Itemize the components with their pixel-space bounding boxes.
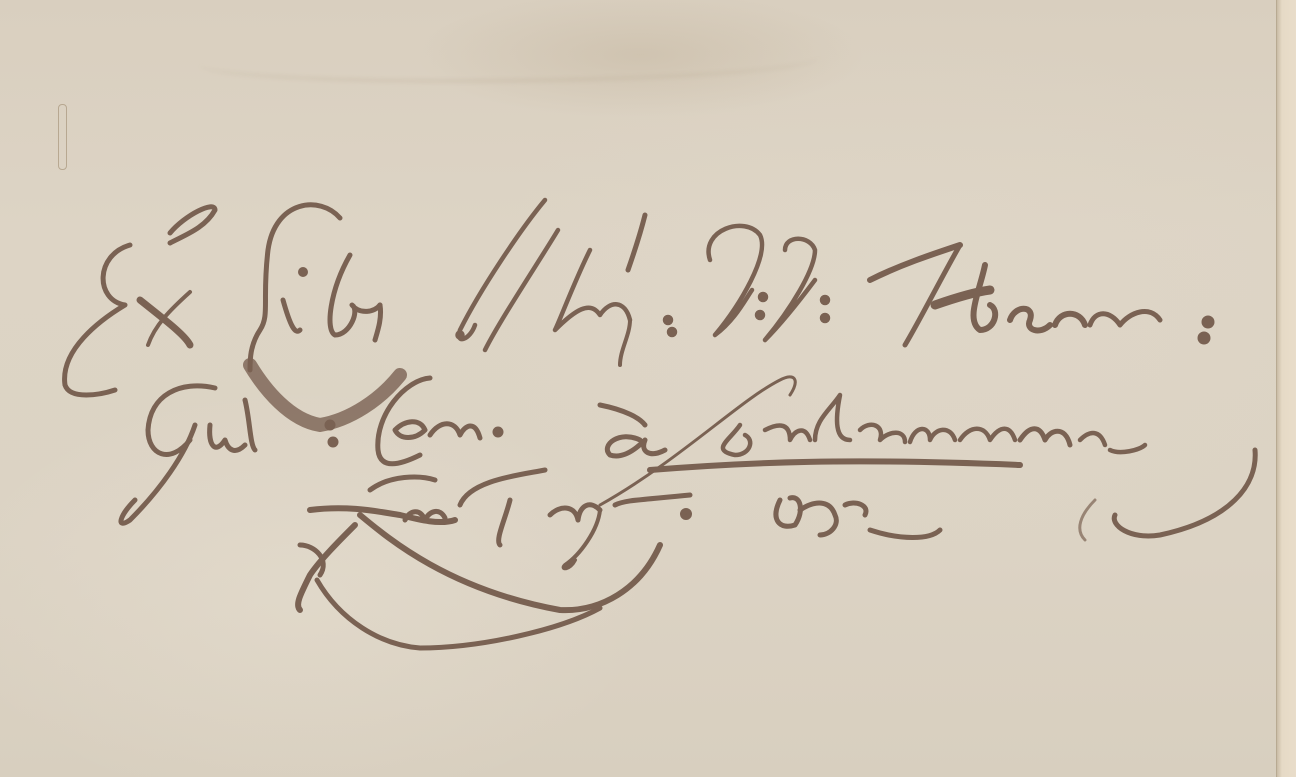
- word-com: [378, 378, 501, 464]
- word-henr: [870, 245, 1212, 345]
- handwriting-ink: [0, 0, 1296, 777]
- word-libr: [250, 205, 381, 370]
- word-dd: [709, 226, 828, 340]
- word-ex: [65, 207, 215, 395]
- word-illmi: [458, 200, 676, 365]
- word-a-accent: [600, 405, 665, 456]
- word-guil: [121, 365, 400, 523]
- word-ozn: [776, 498, 1095, 540]
- word-liechtens: [298, 470, 690, 648]
- word-starhemberg: [600, 377, 1255, 536]
